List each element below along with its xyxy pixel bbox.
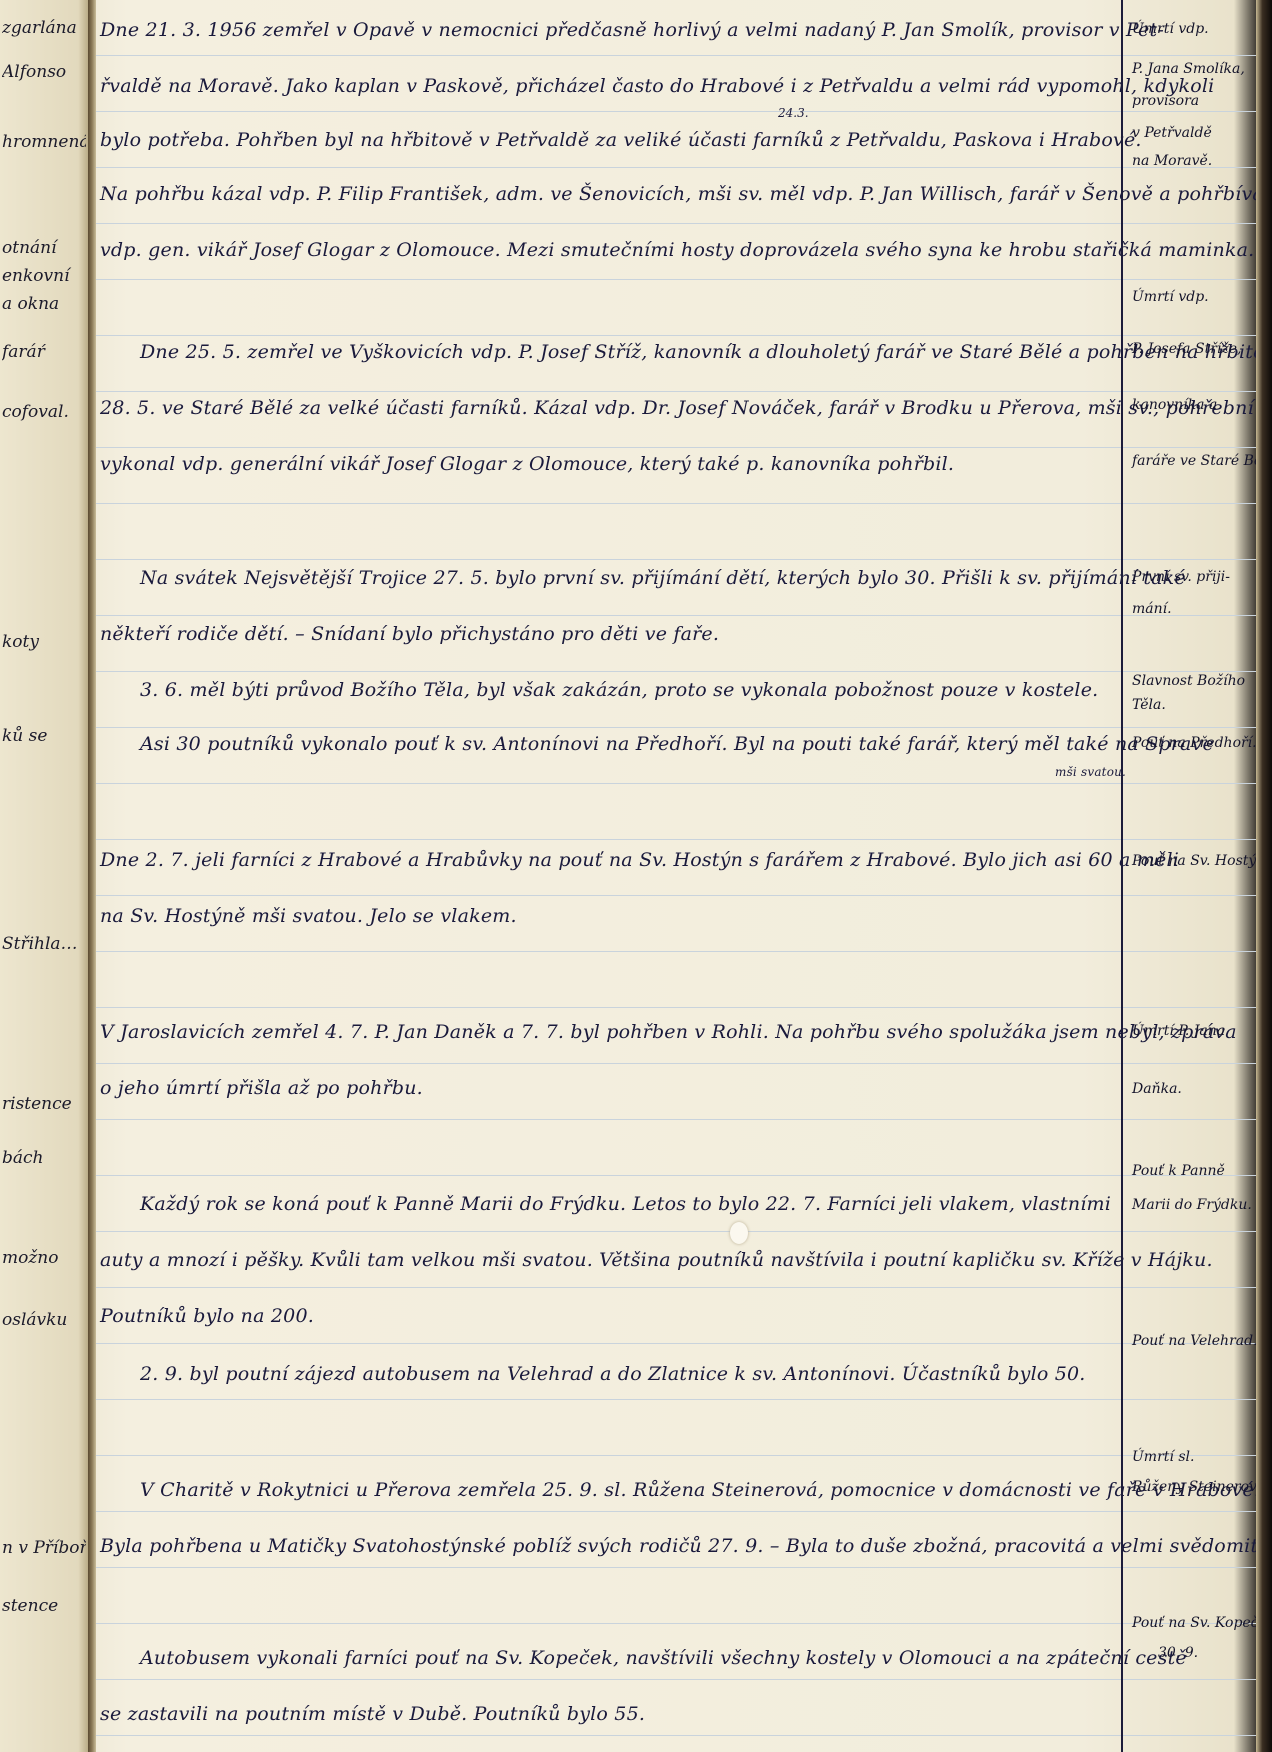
left-page-fragment: otnání	[2, 238, 86, 258]
side-note-steinerova-death: Úmrtí sl.	[1132, 1448, 1194, 1466]
entry-line-stiz-death: vykonal vdp. generální vikář Josef Gloga…	[100, 452, 954, 476]
entry-line-pilgrimage-sprava: Asi 30 poutníků vykonalo pouť k sv. Anto…	[100, 732, 1214, 756]
left-page-fragment: n v Příboře	[2, 1538, 86, 1558]
entry-line-pilgrimage-frydek: Poutníků bylo na 200.	[100, 1304, 314, 1328]
left-page-fragment: bách	[2, 1148, 86, 1168]
entry-line-pilgrimage-sprava: mši svatou.	[1055, 760, 1126, 784]
side-note-danek-death: Daňka.	[1132, 1080, 1182, 1098]
side-note-steinerova-death: Růženy Steinerové.	[1132, 1478, 1270, 1496]
entry-line-pilgrimage-velehrad: 2. 9. byl poutní zájezd autobusem na Vel…	[100, 1362, 1086, 1386]
side-note-corpus-christi: Těla.	[1132, 696, 1166, 714]
left-page-fragment: zgarlána	[2, 18, 86, 38]
chronicle-main-column: Dne 21. 3. 1956 zemřel v Opavě v nemocni…	[100, 0, 1118, 1752]
ledger-page: zgarlánaAlfonsohromnenáotnáníenkovnía ok…	[0, 0, 1272, 1752]
side-note-first-communion: První sv. přiji-	[1132, 568, 1230, 586]
left-page-fragment: faráŕ	[2, 342, 86, 362]
margin-divider-line	[1121, 0, 1123, 1752]
left-page-fragment: cofoval.	[2, 402, 86, 422]
side-note-stiz-death: kanovníka a	[1132, 396, 1217, 414]
side-note-corpus-christi: Slavnost Božího	[1132, 672, 1245, 690]
entry-line-first-communion: Na svátek Nejsvětější Trojice 27. 5. byl…	[100, 566, 1186, 590]
side-note-smolik-death: P. Jana Smolíka,	[1132, 60, 1245, 78]
entry-line-first-communion: někteří rodiče dětí. – Snídaní bylo přic…	[100, 622, 719, 646]
entry-line-smolik-death: Dne 21. 3. 1956 zemřel v Opavě v nemocni…	[100, 18, 1164, 42]
entry-line-smolik-death: bylo potřeba. Pohřben byl na hřbitově v …	[100, 128, 1142, 152]
side-note-pilgrimage-frydek: Marii do Frýdku.	[1132, 1196, 1252, 1214]
entry-line-smolik-death: vdp. gen. vikář Josef Glogar z Olomouce.…	[100, 238, 1254, 262]
left-page-edge: zgarlánaAlfonsohromnenáotnáníenkovnía ok…	[0, 0, 92, 1752]
side-note-first-communion: mání.	[1132, 600, 1172, 618]
side-note-smolik-death: provisora	[1132, 92, 1199, 110]
side-note-danek-death: Úmrtí P. Jana	[1132, 1022, 1225, 1040]
left-page-fragment: koty	[2, 632, 86, 652]
side-note-pilgrimage-sprava: Pouť na Předhoří.	[1132, 734, 1257, 752]
paper-hole	[730, 1222, 748, 1244]
side-note-pilgrimage-kopecek: Pouť na Sv. Kopeček	[1132, 1614, 1272, 1632]
left-page-fragment: ristence	[2, 1094, 86, 1114]
side-note-stiz-death: Úmrtí vdp.	[1132, 288, 1209, 306]
left-page-fragment: a okna	[2, 294, 86, 314]
entry-line-danek-death: o jeho úmrtí přišla až po pohřbu.	[100, 1076, 423, 1100]
left-page-fragment: enkovní	[2, 266, 86, 286]
left-page-fragment: ků se	[2, 726, 86, 746]
side-note-smolik-death: na Moravě.	[1132, 152, 1212, 170]
side-note-stiz-death: P. Josefa Stříže,	[1132, 340, 1241, 358]
side-note-pilgrimage-frydek: Pouť k Panně	[1132, 1162, 1225, 1180]
left-page-fragment: Střihla…	[2, 934, 86, 954]
entry-line-danek-death: V Jaroslavicích zemřel 4. 7. P. Jan Daně…	[100, 1020, 1237, 1044]
side-note-smolik-death: Úmrtí vdp.	[1132, 20, 1209, 38]
entry-line-pilgrimage-hostyn: na Sv. Hostýně mši svatou. Jelo se vlake…	[100, 904, 517, 928]
left-page-fragment: možno	[2, 1248, 86, 1268]
side-note-pilgrimage-hostyn: Pouť na Sv. Hostýn.	[1132, 852, 1270, 870]
entry-line-smolik-death: Na pohřbu kázal vdp. P. Filip František,…	[100, 182, 1270, 206]
side-note-smolik-death: v Petřvaldě	[1132, 124, 1212, 142]
entry-line-pilgrimage-kopecek: Autobusem vykonali farníci pouť na Sv. K…	[100, 1646, 1187, 1670]
left-page-fragment: hromnená	[2, 132, 86, 152]
left-page-fragment: Alfonso	[2, 62, 86, 82]
left-page-fragment: stence	[2, 1596, 86, 1616]
entry-line-smolik-death: řvaldě na Moravě. Jako kaplan v Paskově,…	[100, 74, 1214, 98]
entry-line-pilgrimage-frydek: Každý rok se koná pouť k Panně Marii do …	[100, 1192, 1111, 1216]
chronicle-side-column: Úmrtí vdp.P. Jana Smolíka,provisorav Pet…	[1128, 0, 1256, 1752]
book-binding-edge	[1256, 0, 1272, 1752]
entry-line-stiz-death: 28. 5. ve Staré Bělé za velké účasti far…	[100, 396, 1272, 420]
entry-line-steinerova-death: V Charitě v Rokytnici u Přerova zemřela …	[100, 1478, 1260, 1502]
entry-line-corpus-christi: 3. 6. měl býti průvod Božího Těla, byl v…	[100, 678, 1098, 702]
entry-line-pilgrimage-frydek: auty a mnozí i pěšky. Kvůli tam velkou m…	[100, 1248, 1213, 1272]
entry-line-pilgrimage-kopecek: se zastavili na poutním místě v Dubě. Po…	[100, 1702, 645, 1726]
entry-line-steinerova-death: Byla pohřbena u Matičky Svatohostýnské p…	[100, 1534, 1272, 1558]
entry-line-stiz-death: Dne 25. 5. zemřel ve Vyškovicích vdp. P.…	[100, 340, 1272, 364]
side-note-pilgrimage-kopecek: 30. 9.	[1158, 1644, 1198, 1662]
side-note-pilgrimage-velehrad: Pouť na Velehrad.	[1132, 1332, 1258, 1350]
left-page-fragment: oslávku	[2, 1310, 86, 1330]
side-note-stiz-death: faráře ve Staré Bělé.	[1132, 452, 1272, 470]
entry-line-pilgrimage-hostyn: Dne 2. 7. jeli farníci z Hrabové a Hrabů…	[100, 848, 1179, 872]
date-superscript: 24.3.	[778, 106, 809, 120]
book-gutter	[88, 0, 96, 1752]
